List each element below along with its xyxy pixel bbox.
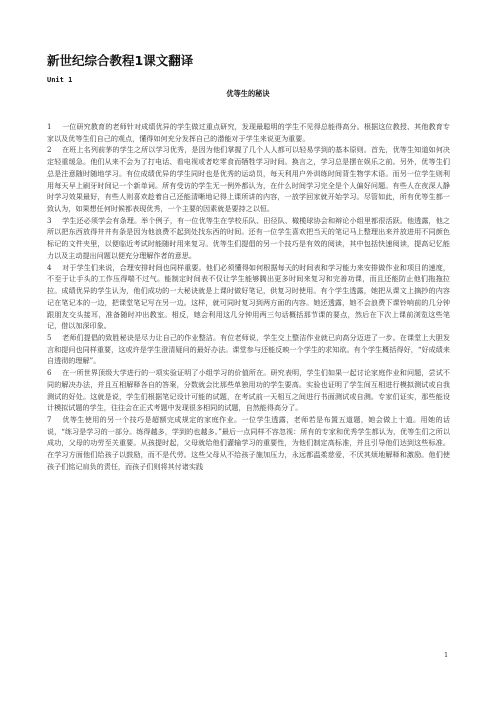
paragraph-6: 6在一所世界顶级大学进行的一项实验证明了小组学习的价值所在。研究表明，学生们如果… bbox=[47, 367, 450, 414]
paragraph-text: 学生还必须学会有条理。举个例子，有一位优等生在学校乐队、田径队、橄榄球协会和辩论… bbox=[47, 216, 450, 260]
paragraph-number: 2 bbox=[47, 144, 62, 156]
paragraph-number: 5 bbox=[47, 332, 62, 344]
document-page: 新世纪综合教程1课文翻译 Unit 1 优等生的秘诀 1一位研究教育的老师针对成… bbox=[0, 0, 496, 702]
paragraph-number: 6 bbox=[47, 367, 62, 379]
paragraph-2: 2在班上名列前茅的学生之所以学习优秀，是因为他们掌握了几个人人都可以轻易学到的基… bbox=[47, 144, 450, 214]
paragraph-1: 1一位研究教育的老师针对成绩优异的学生做过重点研究，发现最聪明的学生不见得总能得… bbox=[47, 121, 450, 144]
paragraph-text: 一位研究教育的老师针对成绩优异的学生做过重点研究，发现最聪明的学生不见得总能得高… bbox=[47, 122, 450, 143]
paragraph-text: 优等生使用的另一个技巧是超额完成规定的家庭作业。一位学生透露，老师若是布置五道题… bbox=[47, 415, 450, 471]
document-body: 1一位研究教育的老师针对成绩优异的学生做过重点研究，发现最聪明的学生不见得总能得… bbox=[47, 121, 450, 473]
paragraph-4: 4对于学生们来说，合理安排时间也同样重要。他们必须懂得如何根据每天的时间表和学习… bbox=[47, 262, 450, 332]
paragraph-text: 在一所世界顶级大学进行的一项实验证明了小组学习的价值所在。研究表明，学生们如果一… bbox=[47, 368, 450, 412]
paragraph-3: 3学生还必须学会有条理。举个例子，有一位优等生在学校乐队、田径队、橄榄球协会和辩… bbox=[47, 215, 450, 262]
paragraph-number: 4 bbox=[47, 262, 62, 274]
paragraph-text: 在班上名列前茅的学生之所以学习优秀，是因为他们掌握了几个人人都可以轻易学到的基本… bbox=[47, 145, 450, 213]
paragraph-text: 对于学生们来说，合理安排时间也同样重要。他们必须懂得如何根据每天的时间表和学习能… bbox=[47, 263, 450, 331]
paragraph-number: 1 bbox=[47, 121, 62, 133]
paragraph-number: 3 bbox=[47, 215, 62, 227]
unit-label: Unit 1 bbox=[47, 76, 72, 84]
paragraph-5: 5老师们提倡的致胜秘诀是尽力让自己的作业整洁。有位老师说，学生交上整洁作业就已向… bbox=[47, 332, 450, 367]
section-subtitle: 优等生的秘诀 bbox=[0, 89, 496, 99]
paragraph-7: 7优等生使用的另一个技巧是超额完成规定的家庭作业。一位学生透露，老师若是布置五道… bbox=[47, 414, 450, 473]
paragraph-text: 老师们提倡的致胜秘诀是尽力让自己的作业整洁。有位老师说，学生交上整洁作业就已向高… bbox=[47, 333, 450, 365]
paragraph-number: 7 bbox=[47, 414, 62, 426]
document-title: 新世纪综合教程1课文翻译 bbox=[47, 51, 193, 69]
page-number: 1 bbox=[444, 651, 448, 659]
